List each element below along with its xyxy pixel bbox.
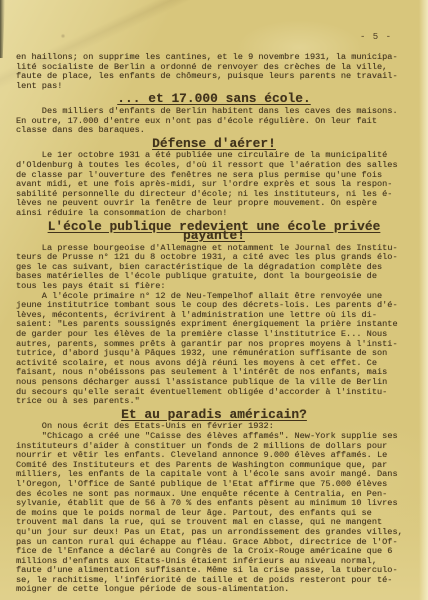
section-heading-ecole-privee: L'école publique redevient une école pri… (16, 222, 412, 241)
paragraph-cantines: en haillons; on supprime les cantines, e… (16, 53, 412, 91)
paragraph-presse-bourgeoise: La presse bourgeoise d'Allemagne et nota… (16, 244, 412, 292)
section-heading-sans-ecole: ... et 17.000 sans école. (16, 94, 412, 104)
paragraph-neu-tempelhof: A l'école primaire n° 12 de Neu-Tempelho… (16, 292, 412, 407)
document-body: en haillons; on supprime les cantines, e… (16, 53, 412, 595)
paragraph-oldenburg: Le 1er octobre 1931 a été publiée une ci… (16, 151, 412, 218)
paragraph-etats-unis: On nous écrit des Etats-Unis en février … (16, 422, 412, 595)
page-number: - 5 - (360, 32, 392, 42)
scan-edge-shadow (0, 0, 5, 58)
scanned-document-page: - 5 - en haillons; on supprime les canti… (0, 0, 428, 600)
section-heading-defense-aerer: Défense d'aérer! (16, 139, 412, 149)
section-heading-paradis-americain: Et au paradis américain? (16, 410, 412, 420)
paragraph-caves: Des milliers d'enfants de Berlin habiten… (16, 107, 412, 136)
